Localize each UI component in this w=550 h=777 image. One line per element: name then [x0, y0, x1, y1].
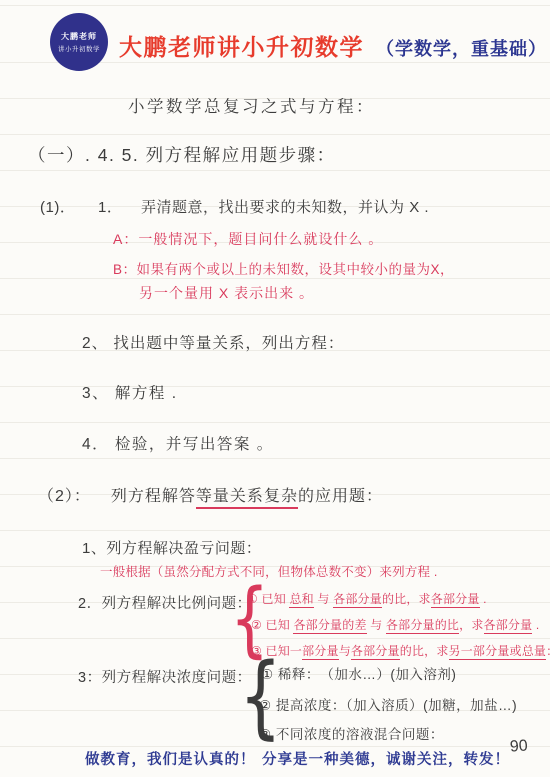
step1-number: 1． [98, 199, 122, 216]
section1-heading: （一）. 4. 5. 列方程解应用题步骤： [28, 142, 336, 167]
concentration-case-1: ① 稀释： （加水…）(加入溶剂) [261, 663, 456, 683]
brand-title: 大鹏老师讲小升初数学 [119, 29, 364, 62]
section2-label: （2）： [38, 488, 91, 505]
ratio1-mid1: 与 [314, 592, 333, 606]
logo-text-line2: 讲小升初数学 [58, 44, 100, 53]
ratio2-underline-1: 各部分量的差 [293, 618, 366, 634]
ratio-case-3: ③ 已知一部分量与各部分量的比，求另一部分量或总量： [251, 642, 550, 659]
ratio2-post: . [532, 618, 539, 632]
ratio2-underline-2: 各部分量的比 [386, 618, 459, 634]
ratio3-mid2: 的比，求 [400, 644, 449, 658]
section2-heading-post: 的应用题： [298, 488, 383, 505]
ratio3-underline-3: 另一部分量或总量 [449, 644, 547, 660]
section1-step2: 2、 找出题中等量关系，列出方程： [82, 331, 344, 353]
ratio1-pre: ① 已知 [247, 592, 289, 606]
concentration-case-3: ③ 不同浓度的溶液混合问题： [259, 723, 444, 743]
ratio2-underline-3: 各部分量 [484, 618, 533, 634]
brand-subtitle: （学数学，重基础） [376, 35, 547, 61]
footer-slogan-left: 做教育，我们是认真的！ [85, 748, 256, 769]
header-title-row: 大鹏老师讲小升初数学 （学数学，重基础） [119, 29, 547, 62]
ratio1-mid2: 的比，求 [382, 592, 431, 606]
section2-heading-underlined-2: 复杂 [264, 488, 298, 509]
section1-step4: 4． 检验，并写出答案 。 [82, 432, 274, 454]
note-title: 小学数学总复习之式与方程： [128, 93, 375, 117]
ratio3-mid1: 与 [339, 644, 351, 658]
step1-label: (1)． [40, 199, 75, 216]
step1-note-b-line2: 另一个量用 X 表示出来 。 [139, 283, 314, 303]
section2-heading-underlined-1: 等量关系 [196, 488, 264, 509]
section2-item2-heading: 2．列方程解决比例问题： [78, 592, 252, 613]
section2-item3-heading: 3：列方程解决浓度问题： [78, 666, 252, 687]
ratio3-underline-2: 各部分量 [351, 644, 400, 660]
ratio1-underline-3: 各部分量 [431, 592, 480, 608]
ratio2-pre: ② 已知 [251, 618, 293, 632]
ratio3-post: ： [546, 644, 550, 658]
logo-text-line1: 大鹏老师 [61, 31, 97, 42]
ratio1-post: . [480, 592, 487, 606]
ratio-case-2: ② 已知 各部分量的差 与 各部分量的比，求各部分量 . [251, 616, 539, 633]
brand-logo: 大鹏老师 讲小升初数学 [50, 13, 108, 71]
section1-step1: (1)． 1． 弄清题意，找出要求的未知数，并认为 X . [40, 196, 429, 217]
step1-note-a: A：一般情况下，题目问什么就设什么 。 [113, 229, 383, 249]
section2-heading: （2）：列方程解答等量关系复杂的应用题： [38, 483, 383, 506]
page-number: 90 [509, 737, 528, 756]
ratio3-underline-1: 部分量 [302, 644, 339, 660]
footer-slogan-right: 分享是一种美德，诚谢关注，转发！ [262, 748, 510, 769]
ratio2-mid1: 与 [367, 618, 386, 632]
ratio-case-1: ① 已知 总和 与 各部分量的比，求各部分量 . [247, 590, 487, 607]
section2-item1-heading: 1、列方程解决盈亏问题： [82, 537, 261, 558]
notebook-page: 大鹏老师 讲小升初数学 大鹏老师讲小升初数学 （学数学，重基础） 小学数学总复习… [0, 0, 550, 777]
section1-step3: 3、 解方程 . [82, 381, 178, 403]
ratio1-underline-1: 总和 [289, 592, 313, 608]
step1-text: 弄清题意，找出要求的未知数，并认为 X . [141, 199, 429, 216]
ratio2-mid2: ，求 [459, 618, 483, 632]
ratio1-underline-2: 各部分量 [333, 592, 382, 608]
concentration-case-2: ② 提高浓度：（加入溶质）(加糖，加盐…) [259, 694, 517, 714]
section2-heading-pre: 列方程解答 [111, 488, 196, 505]
step1-note-b-line1: B：如果有两个或以上的未知数，设其中较小的量为X， [113, 258, 454, 278]
